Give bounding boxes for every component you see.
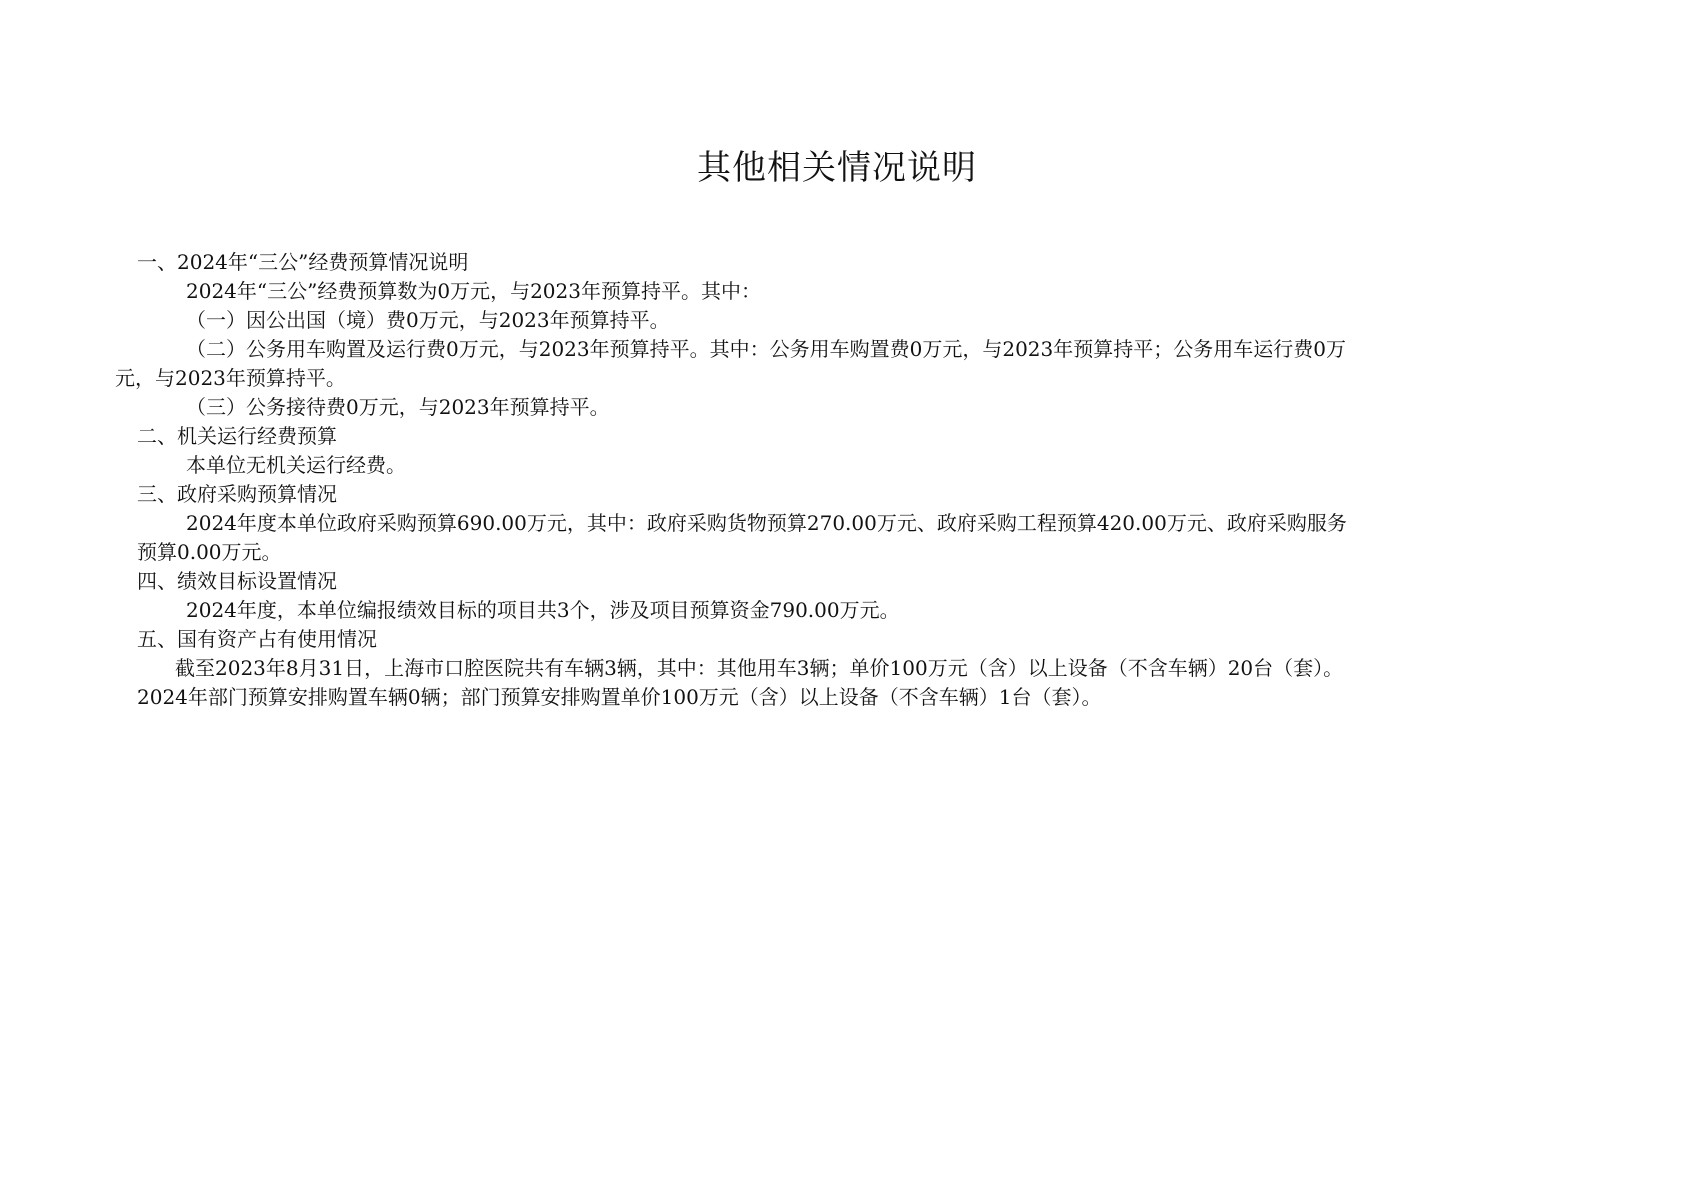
document-page: 其他相关情况说明 一、2024年“三公”经费预算情况说明 2024年“三公”经费… (0, 0, 1684, 1191)
paragraph-line: （二）公务用车购置及运行费0万元，与2023年预算持平。其中：公务用车购置费0万… (115, 335, 1555, 364)
section-heading-3: 三、政府采购预算情况 (115, 480, 1555, 509)
paragraph-line: 2024年“三公”经费预算数为0万元，与2023年预算持平。其中： (115, 277, 1555, 306)
paragraph-line-continuation: 2024年部门预算安排购置车辆0辆；部门预算安排购置单价100万元（含）以上设备… (115, 683, 1555, 712)
paragraph-line: 截至2023年8月31日，上海市口腔医院共有车辆3辆，其中：其他用车3辆；单价1… (115, 654, 1555, 683)
paragraph-line: （一）因公出国（境）费0万元，与2023年预算持平。 (115, 306, 1555, 335)
section-heading-5: 五、国有资产占有使用情况 (115, 625, 1555, 654)
section-heading-2: 二、机关运行经费预算 (115, 422, 1555, 451)
paragraph-line: （三）公务接待费0万元，与2023年预算持平。 (115, 393, 1555, 422)
page-title: 其他相关情况说明 (0, 148, 1684, 188)
paragraph-line: 本单位无机关运行经费。 (115, 451, 1555, 480)
paragraph-line-continuation: 预算0.00万元。 (115, 538, 1555, 567)
document-body: 一、2024年“三公”经费预算情况说明 2024年“三公”经费预算数为0万元，与… (115, 248, 1555, 712)
section-heading-1: 一、2024年“三公”经费预算情况说明 (115, 248, 1555, 277)
paragraph-line-continuation: 元，与2023年预算持平。 (115, 364, 1555, 393)
paragraph-line: 2024年度本单位政府采购预算690.00万元，其中：政府采购货物预算270.0… (115, 509, 1555, 538)
section-heading-4: 四、绩效目标设置情况 (115, 567, 1555, 596)
paragraph-line: 2024年度，本单位编报绩效目标的项目共3个，涉及项目预算资金790.00万元。 (115, 596, 1555, 625)
